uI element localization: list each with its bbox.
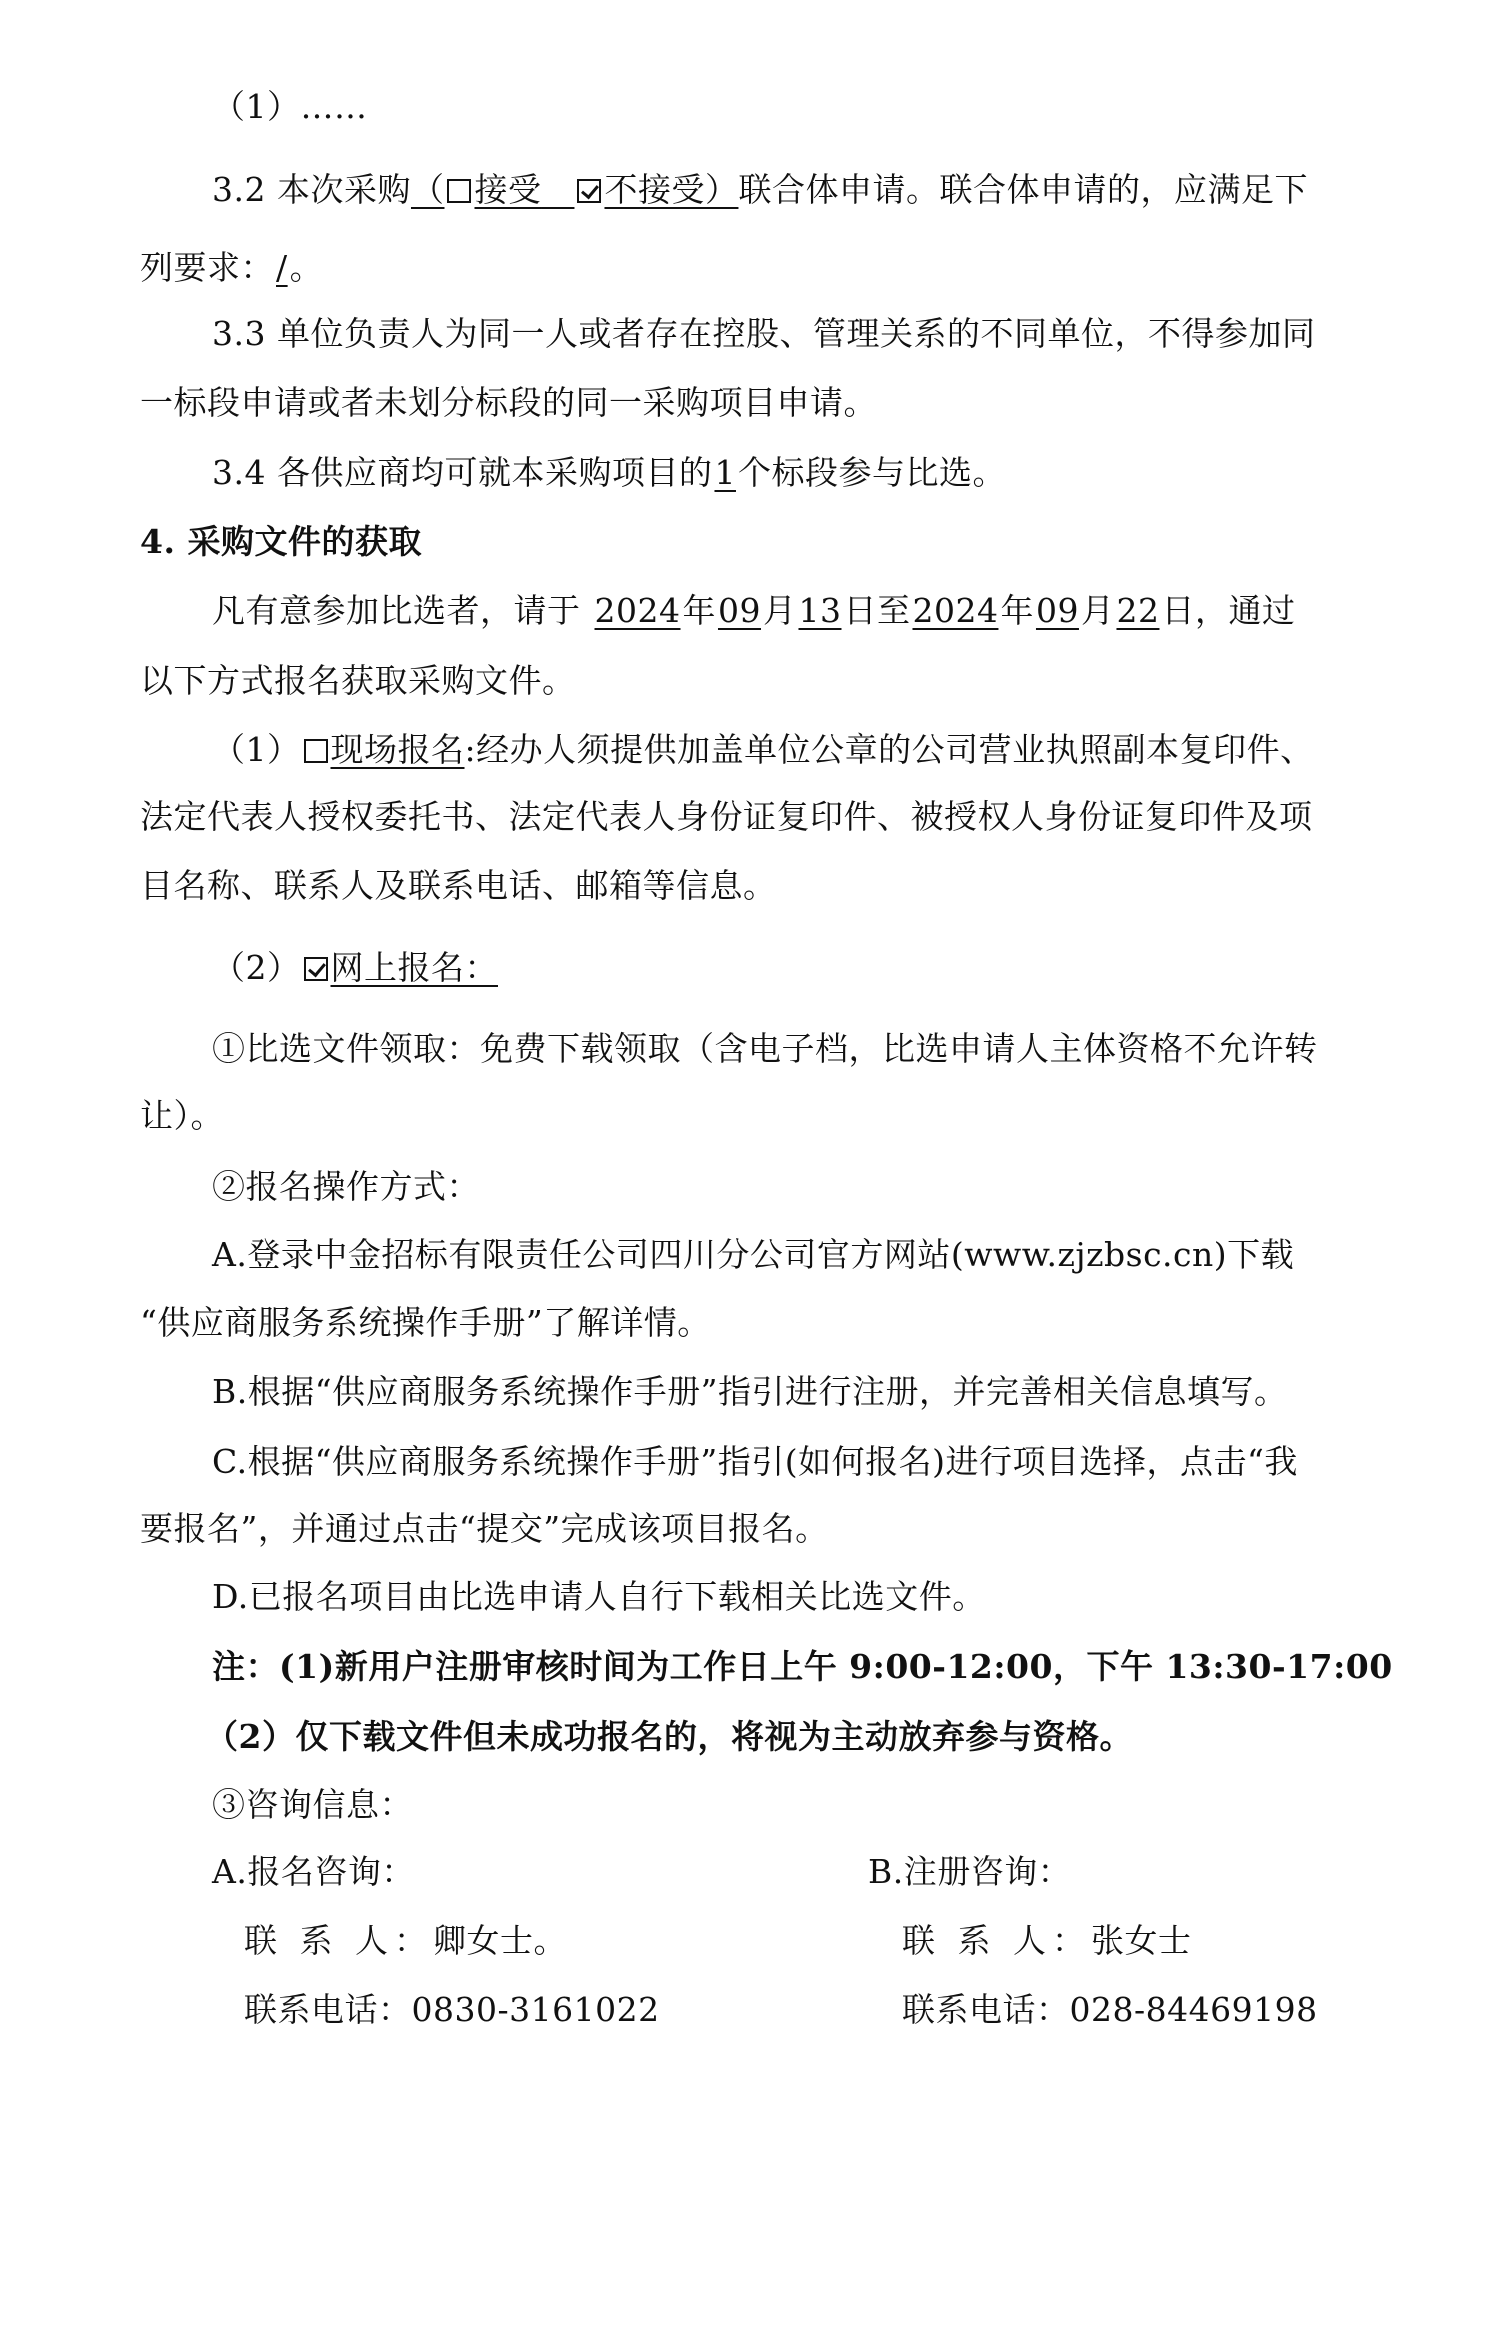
option-accept-label: 接受 <box>474 170 541 209</box>
onsite-registration-line-1: （1）现场报名:经办人须提供加盖单位公章的公司营业执照副本复印件、 <box>212 725 1340 775</box>
operation-step-c-line-2: 要报名”，并通过点击“提交”完成该项目报名。 <box>140 1504 1340 1554</box>
onsite-prefix: （1） <box>212 730 301 769</box>
signup-consult-title: A.报名咨询： <box>212 1847 812 1897</box>
option-reject-label: 不接受） <box>604 170 738 209</box>
requirements-label: 列要求： <box>140 248 274 287</box>
item-1-prefix: （1） <box>212 87 301 126</box>
doc-collect-line-2: 让）。 <box>140 1091 1340 1141</box>
online-registration-line: （2）网上报名： <box>212 943 1340 993</box>
register-contact: 联 系 人：张女士 <box>902 1916 1340 1966</box>
section-3-2-line-2: 列要求：/。 <box>140 243 1340 293</box>
onsite-label: 现场报名 <box>331 730 465 769</box>
section-3-3-line-2: 一标段申请或者未划分标段的同一采购项目申请。 <box>140 378 1340 428</box>
year-label: 年 <box>1000 591 1034 630</box>
section-3-3-line-1: 3.3 单位负责人为同一人或者存在控股、管理关系的不同单位，不得参加同 <box>212 309 1340 359</box>
consortium-options: （接受 不接受） <box>411 170 738 209</box>
section-3-4-line: 3.4 各供应商均可就本采购项目的1个标段参与比选。 <box>212 448 1340 498</box>
onsite-requirements: :经办人须提供加盖单位公章的公司营业执照副本复印件、 <box>465 730 1314 769</box>
end-year: 2024 <box>910 586 1000 636</box>
option-open-paren: （ <box>411 170 445 209</box>
start-day: 13 <box>796 586 843 636</box>
start-month: 09 <box>716 586 763 636</box>
checkbox-onsite-icon <box>304 739 328 763</box>
consult-title: ③咨询信息： <box>212 1780 1340 1830</box>
doc-collect-line-1: ①比选文件领取：免费下载领取（含电子档，比选申请人主体资格不允许转 <box>212 1024 1340 1074</box>
requirements-blank: / <box>274 243 290 293</box>
online-option: 网上报名： <box>301 948 499 987</box>
register-consult-title: B.注册咨询： <box>868 1847 1340 1897</box>
checkbox-accept-icon <box>447 179 471 203</box>
start-year: 2024 <box>581 586 683 636</box>
end-day: 22 <box>1114 586 1161 636</box>
note-line-1: 注：(1)新用户注册审核时间为工作日上午 9:00-12:00，下午 13:30… <box>212 1642 1340 1692</box>
register-phone: 联系电话：028-84469198 <box>902 1985 1340 2035</box>
signup-contact-value: 卿女士。 <box>433 1921 567 1960</box>
month-label: 月 <box>763 591 797 630</box>
operation-step-a-line-1: A.登录中金招标有限责任公司四川分公司官方网站(www.zjzbsc.cn)下载 <box>212 1230 1340 1280</box>
registration-period-line: 凡有意参加比选者，请于2024年09月13日至2024年09月22日，通过 <box>212 586 1340 636</box>
section-3-2-text-before: 本次采购 <box>277 170 411 209</box>
note-line-2: （2）仅下载文件但未成功报名的，将视为主动放弃参与资格。 <box>205 1712 1333 1762</box>
signup-phone: 联系电话：0830-3161022 <box>244 1985 844 2035</box>
section-3-2-text-after: 联合体申请。联合体申请的，应满足下 <box>738 170 1308 209</box>
document-page: （1）…… 3.2 本次采购（接受 不接受）联合体申请。联合体申请的，应满足下 … <box>0 0 1500 2332</box>
operation-step-b: B.根据“供应商服务系统操作手册”指引进行注册，并完善相关信息填写。 <box>212 1367 1340 1417</box>
operation-step-c-line-1: C.根据“供应商服务系统操作手册”指引(如何报名)进行项目选择，点击“我 <box>212 1437 1340 1487</box>
operation-title: ②报名操作方式： <box>212 1162 1340 1212</box>
month-label: 月 <box>1081 591 1115 630</box>
online-prefix: （2） <box>212 948 301 987</box>
section-3-4-before: 3.4 各供应商均可就本采购项目的 <box>212 453 712 492</box>
signup-contact: 联 系 人：卿女士。 <box>244 1916 844 1966</box>
operation-step-a-line-2: “供应商服务系统操作手册”了解详情。 <box>140 1298 1340 1348</box>
end-month: 09 <box>1034 586 1081 636</box>
register-phone-label: 联系电话： <box>902 1990 1070 2029</box>
item-1-line: （1）…… <box>212 82 1340 132</box>
section-4-heading: 4. 采购文件的获取 <box>140 517 1340 567</box>
signup-phone-value: 0830-3161022 <box>412 1990 660 2029</box>
online-suffix: ： <box>465 948 499 987</box>
signup-phone-label: 联系电话： <box>244 1990 412 2029</box>
register-phone-value: 028-84469198 <box>1070 1990 1318 2029</box>
section-3-2-line-1: 3.2 本次采购（接受 不接受）联合体申请。联合体申请的，应满足下 <box>212 165 1340 215</box>
item-1-text: …… <box>301 87 368 126</box>
onsite-registration-line-2: 法定代表人授权委托书、法定代表人身份证复印件、被授权人身份证复印件及项 <box>140 792 1340 842</box>
day-to-label: 日至 <box>843 591 910 630</box>
checkbox-reject-checked-icon <box>577 179 601 203</box>
onsite-registration-line-3: 目名称、联系人及联系电话、邮箱等信息。 <box>140 861 1340 911</box>
online-label: 网上报名 <box>331 948 465 987</box>
register-contact-label: 联 系 人： <box>902 1921 1091 1960</box>
period: 。 <box>290 248 324 287</box>
register-contact-value: 张女士 <box>1091 1921 1192 1960</box>
onsite-option: 现场报名 <box>301 730 465 769</box>
lot-count: 1 <box>712 448 738 498</box>
signup-contact-label: 联 系 人： <box>244 1921 433 1960</box>
period-after-text: 日，通过 <box>1161 591 1295 630</box>
period-intro-text: 凡有意参加比选者，请于 <box>212 591 581 630</box>
year-label: 年 <box>682 591 716 630</box>
section-3-2-number: 3.2 <box>212 170 266 209</box>
registration-period-line-2: 以下方式报名获取采购文件。 <box>140 656 1340 706</box>
checkbox-online-checked-icon <box>304 957 328 981</box>
section-3-4-after: 个标段参与比选。 <box>738 453 1006 492</box>
operation-step-d: D.已报名项目由比选申请人自行下载相关比选文件。 <box>212 1572 1340 1622</box>
